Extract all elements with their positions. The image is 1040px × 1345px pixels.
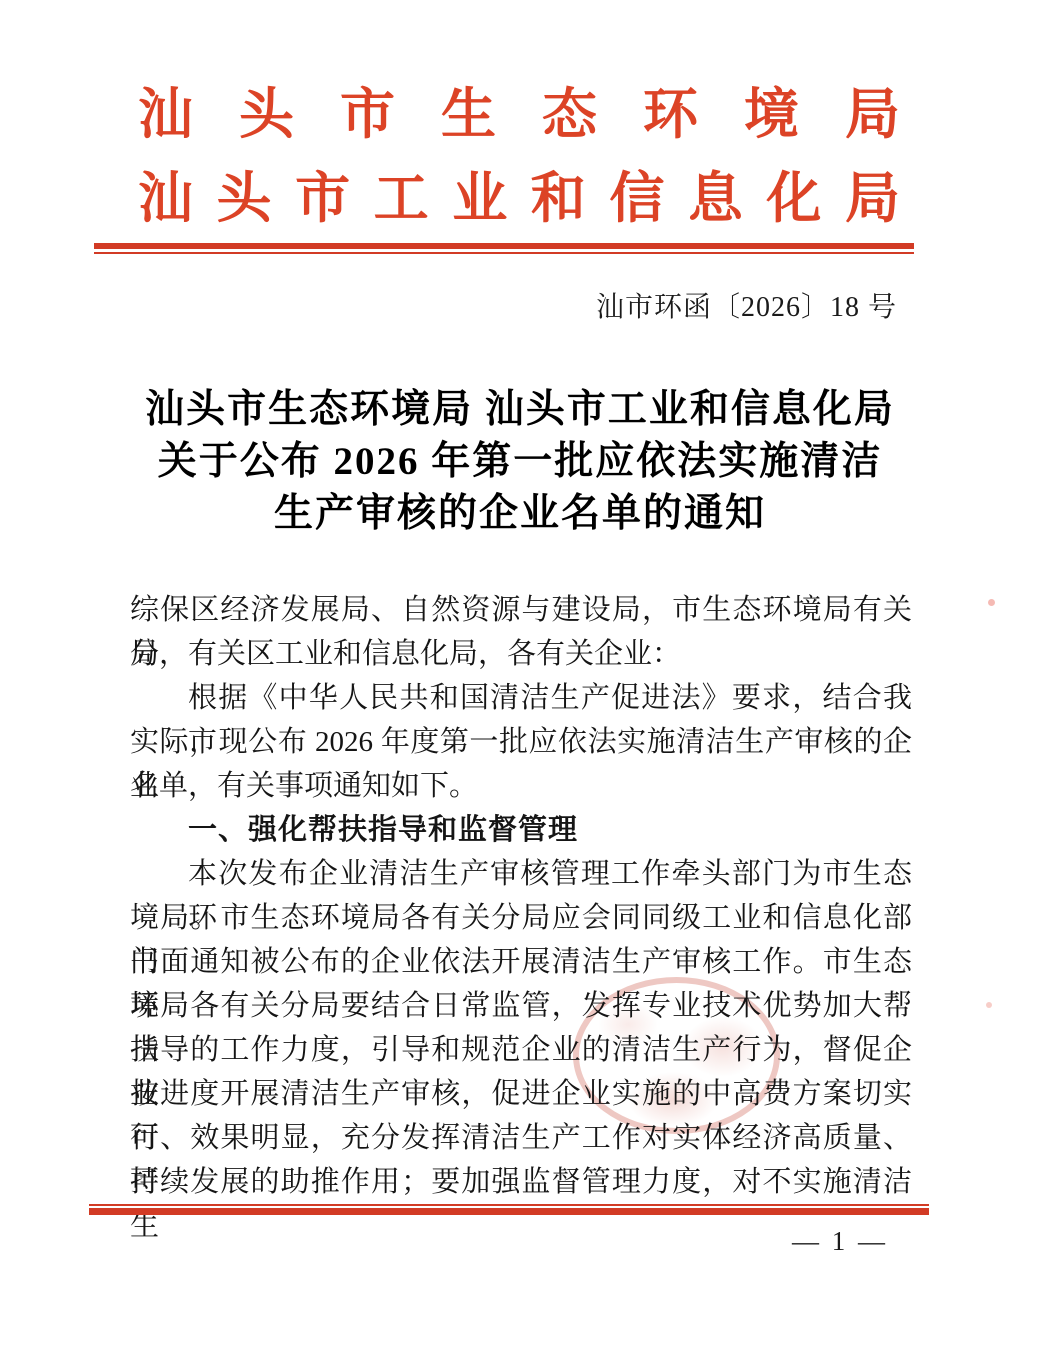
header-rule-thin	[94, 252, 914, 254]
letterhead-agency-1: 汕头市生态环境局	[138, 83, 900, 149]
body-line: 根据《中华人民共和国清洁生产促进法》要求，结合我市	[130, 676, 912, 720]
body-line: 局，有关区工业和信息化局，各有关企业：	[130, 632, 912, 676]
body-line: 实际，现公布 2026 年度第一批应依法实施清洁生产审核的企业	[130, 720, 912, 764]
title-line-3: 生产审核的企业名单的通知	[0, 488, 1040, 540]
document-body: 综保区经济发展局、自然资源与建设局，市生态环境局有关分 局，有关区工业和信息化局…	[130, 588, 912, 1204]
body-line: 按进度开展清洁生产审核，促进企业实施的中高费方案切实可	[130, 1072, 912, 1116]
document-page: 汕头市生态环境局 汕头市工业和信息化局 汕市环函〔2026〕18 号 汕头市生态…	[0, 0, 1040, 1345]
title-line-1: 汕头市生态环境局 汕头市工业和信息化局	[0, 384, 1040, 436]
footer-rule-thick	[89, 1208, 929, 1215]
body-line: 书面通知被公布的企业依法开展清洁生产审核工作。市生态环	[130, 940, 912, 984]
body-line: 本次发布企业清洁生产审核管理工作牵头部门为市生态环	[130, 852, 912, 896]
scan-speck	[986, 1002, 992, 1008]
body-line: 综保区经济发展局、自然资源与建设局，市生态环境局有关分	[130, 588, 912, 632]
letterhead-agency-2: 汕头市工业和信息化局	[138, 167, 900, 233]
body-line: 行、效果明显，充分发挥清洁生产工作对实体经济高质量、可	[130, 1116, 912, 1160]
section-heading: 一、强化帮扶指导和监督管理	[130, 808, 912, 852]
scan-speck	[988, 599, 995, 606]
document-number: 汕市环函〔2026〕18 号	[596, 291, 888, 325]
body-line: 指导的工作力度，引导和规范企业的清洁生产行为，督促企业	[130, 1028, 912, 1072]
title-line-2: 关于公布 2026 年第一批应依法实施清洁	[0, 436, 1040, 488]
body-line: 名单，有关事项通知如下。	[130, 764, 912, 808]
body-line: 持续发展的助推作用；要加强监督管理力度，对不实施清洁生	[130, 1160, 912, 1204]
page-number: — 1 —	[790, 1226, 890, 1257]
header-rule-thick	[94, 243, 914, 249]
footer-rule-thin	[89, 1204, 929, 1206]
body-line: 境局各有关分局要结合日常监管，发挥专业技术优势加大帮扶	[130, 984, 912, 1028]
body-line: 境局。市生态环境局各有关分局应会同同级工业和信息化部门	[130, 896, 912, 940]
document-title: 汕头市生态环境局 汕头市工业和信息化局 关于公布 2026 年第一批应依法实施清…	[0, 384, 1040, 540]
